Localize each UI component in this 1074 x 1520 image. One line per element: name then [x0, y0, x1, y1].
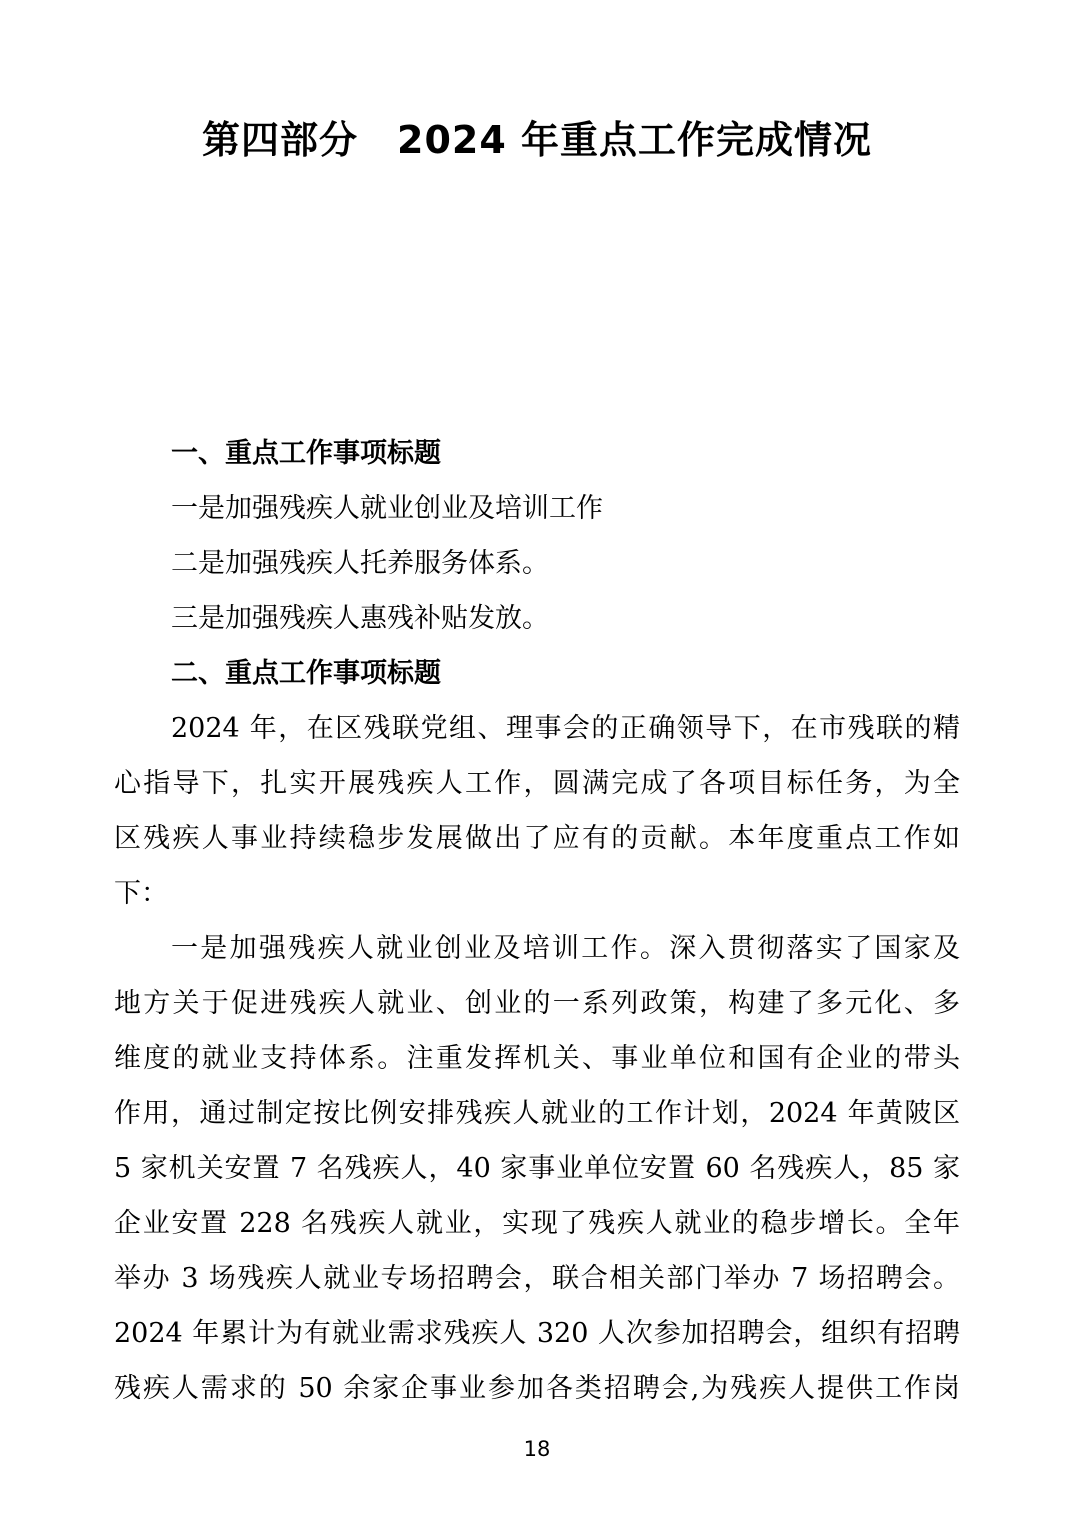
- paragraph-line: 2024 年累计为有就业需求残疾人 320 人次参加招聘会，组织有招聘: [114, 1306, 960, 1361]
- paragraph-line: 残疾人需求的 50 余家企事业参加各类招聘会,为残疾人提供工作岗: [114, 1361, 960, 1416]
- paragraph-line: 维度的就业支持体系。注重发挥机关、事业单位和国有企业的带头: [114, 1031, 960, 1086]
- paragraph-line: 心指导下，扎实开展残疾人工作，圆满完成了各项目标任务，为全: [114, 756, 960, 811]
- paragraph-line: 2024 年，在区残联党组、理事会的正确领导下，在市残联的精: [114, 701, 960, 756]
- paragraph-line: 举办 3 场残疾人就业专场招聘会，联合相关部门举办 7 场招聘会。: [114, 1251, 960, 1306]
- paragraph-line: 地方关于促进残疾人就业、创业的一系列政策，构建了多元化、多: [114, 976, 960, 1031]
- paragraph-line: 企业安置 228 名残疾人就业，实现了残疾人就业的稳步增长。全年: [114, 1196, 960, 1251]
- section-two-heading: 二、重点工作事项标题: [114, 646, 960, 701]
- paragraph-line: 作用，通过制定按比例安排残疾人就业的工作计划，2024 年黄陂区: [114, 1086, 960, 1141]
- document-page: 第四部分 2024 年重点工作完成情况 一、重点工作事项标题 一是加强残疾人就业…: [0, 0, 1074, 1520]
- section-one-heading: 一、重点工作事项标题: [114, 426, 960, 481]
- paragraph-line: 一是加强残疾人就业创业及培训工作。深入贯彻落实了国家及: [114, 921, 960, 976]
- paragraph-line: 5 家机关安置 7 名残疾人，40 家事业单位安置 60 名残疾人，85 家: [114, 1141, 960, 1196]
- list-item: 一是加强残疾人就业创业及培训工作: [114, 481, 960, 536]
- document-body: 一、重点工作事项标题 一是加强残疾人就业创业及培训工作 二是加强残疾人托养服务体…: [114, 426, 960, 1416]
- page-number: 18: [0, 1434, 1074, 1464]
- paragraph-line: 区残疾人事业持续稳步发展做出了应有的贡献。本年度重点工作如: [114, 811, 960, 866]
- list-item: 二是加强残疾人托养服务体系。: [114, 536, 960, 591]
- paragraph-line: 下：: [114, 866, 960, 921]
- page-title: 第四部分 2024 年重点工作完成情况: [0, 112, 1074, 168]
- list-item: 三是加强残疾人惠残补贴发放。: [114, 591, 960, 646]
